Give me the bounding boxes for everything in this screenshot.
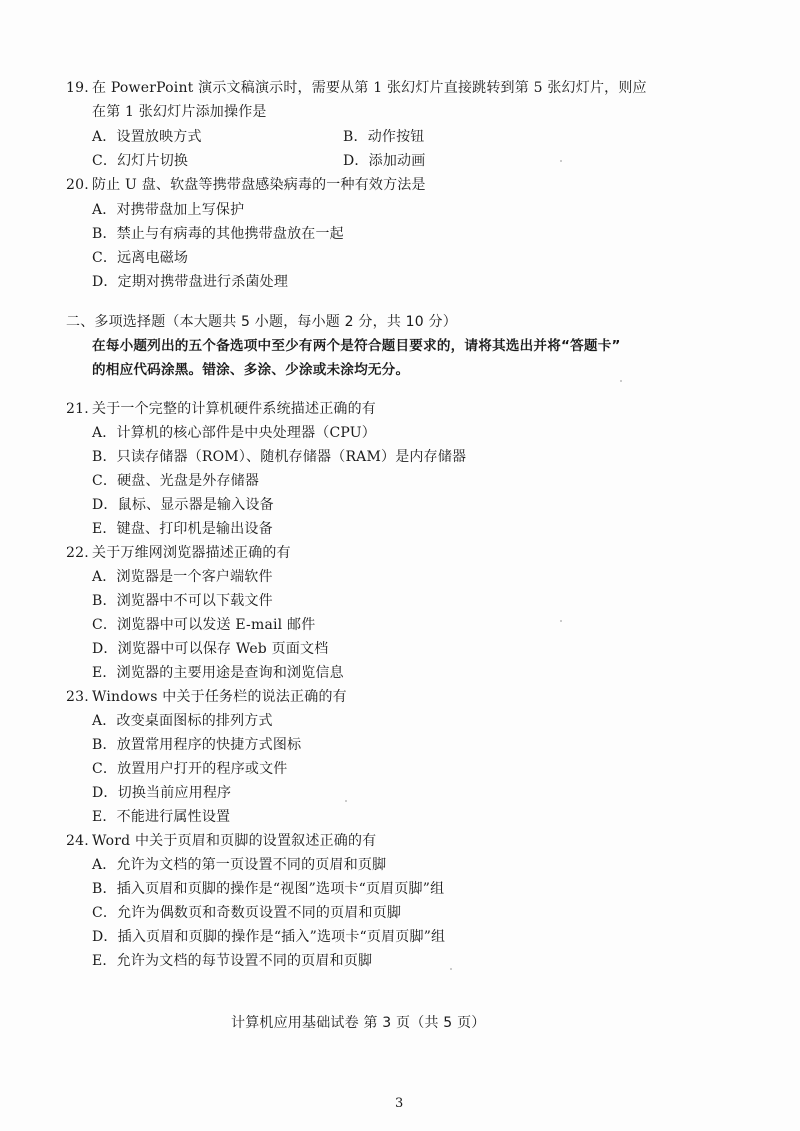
option-e: E．浏览器的主要用途是查询和浏览信息 (92, 664, 344, 682)
question-stem: Windows 中关于任务栏的说法正确的有 (92, 688, 347, 706)
option-e: E．允许为文档的每节设置不同的页眉和页脚 (92, 952, 372, 970)
question-number: 21. (66, 400, 89, 418)
option-e: E．键盘、打印机是输出设备 (92, 520, 273, 538)
option-a: A．改变桌面图标的排列方式 (92, 712, 273, 730)
question-number: 22. (66, 544, 89, 562)
option-d: D．切换当前应用程序 (92, 784, 231, 802)
option-a: A．对携带盘加上写保护 (92, 201, 244, 219)
option-d: D．浏览器中可以保存 Web 页面文档 (92, 640, 328, 658)
option-b: B．动作按钮 (343, 128, 425, 146)
question-stem: 关于万维网浏览器描述正确的有 (92, 544, 291, 562)
question-stem: 关于一个完整的计算机硬件系统描述正确的有 (92, 400, 376, 418)
question-stem: Word 中关于页眉和页脚的设置叙述正确的有 (92, 832, 376, 850)
option-c: C．放置用户打开的程序或文件 (92, 760, 288, 778)
question-number: 19. (66, 79, 89, 97)
option-b: B．插入页眉和页脚的操作是“视图”选项卡“页眉页脚”组 (92, 880, 444, 898)
question-stem: 防止 U 盘、软盘等携带盘感染病毒的一种有效方法是 (92, 176, 426, 194)
option-d: D．添加动画 (343, 152, 425, 170)
question-number: 23. (66, 688, 89, 706)
option-e: E．不能进行属性设置 (92, 808, 230, 826)
option-b: B．放置常用程序的快捷方式图标 (92, 736, 301, 754)
exam-page: 19. 在 PowerPoint 演示文稿演示时，需要从第 1 张幻灯片直接跳转… (0, 0, 800, 1131)
option-a: A．允许为文档的第一页设置不同的页眉和页脚 (92, 856, 386, 874)
section-instructions-line-2: 的相应代码涂黑。错涂、多涂、少涂或未涂均无分。 (92, 361, 409, 379)
option-a: A．浏览器是一个客户端软件 (92, 568, 273, 586)
scan-speck (620, 380, 622, 382)
option-b: B．只读存储器（ROM）、随机存储器（RAM）是内存储器 (92, 448, 466, 466)
option-c: C．允许为偶数页和奇数页设置不同的页眉和页脚 (92, 904, 401, 922)
page-footer: 计算机应用基础试卷 第 3 页（共 5 页） (231, 1014, 485, 1032)
option-c: C．硬盘、光盘是外存储器 (92, 472, 259, 490)
option-c: C．浏览器中可以发送 E-mail 邮件 (92, 616, 315, 634)
page-number: 3 (395, 1095, 403, 1113)
section-instructions-line-1: 在每小题列出的五个备选项中至少有两个是符合题目要求的，请将其选出并将“答题卡” (92, 337, 621, 355)
question-stem-line-1: 在 PowerPoint 演示文稿演示时，需要从第 1 张幻灯片直接跳转到第 5… (92, 79, 647, 97)
scan-speck (560, 160, 562, 162)
option-a: A．设置放映方式 (92, 128, 202, 146)
option-c: C．幻灯片切换 (92, 152, 188, 170)
question-number: 20. (66, 176, 89, 194)
option-a: A．计算机的核心部件是中央处理器（CPU） (92, 424, 376, 442)
option-b: B．浏览器中不可以下载文件 (92, 592, 273, 610)
option-b: B．禁止与有病毒的其他携带盘放在一起 (92, 225, 344, 243)
option-d: D．鼠标、显示器是输入设备 (92, 496, 274, 514)
option-c: C．远离电磁场 (92, 249, 188, 267)
section-heading: 二、多项选择题（本大题共 5 小题，每小题 2 分，共 10 分） (66, 313, 457, 331)
scan-speck (450, 968, 452, 970)
option-d: D．插入页眉和页脚的操作是“插入”选项卡“页眉页脚”组 (92, 928, 445, 946)
scan-speck (560, 620, 562, 622)
question-number: 24. (66, 832, 89, 850)
scan-speck (345, 800, 347, 802)
option-d: D．定期对携带盘进行杀菌处理 (92, 273, 288, 291)
question-stem-line-2: 在第 1 张幻灯片添加操作是 (92, 103, 267, 121)
